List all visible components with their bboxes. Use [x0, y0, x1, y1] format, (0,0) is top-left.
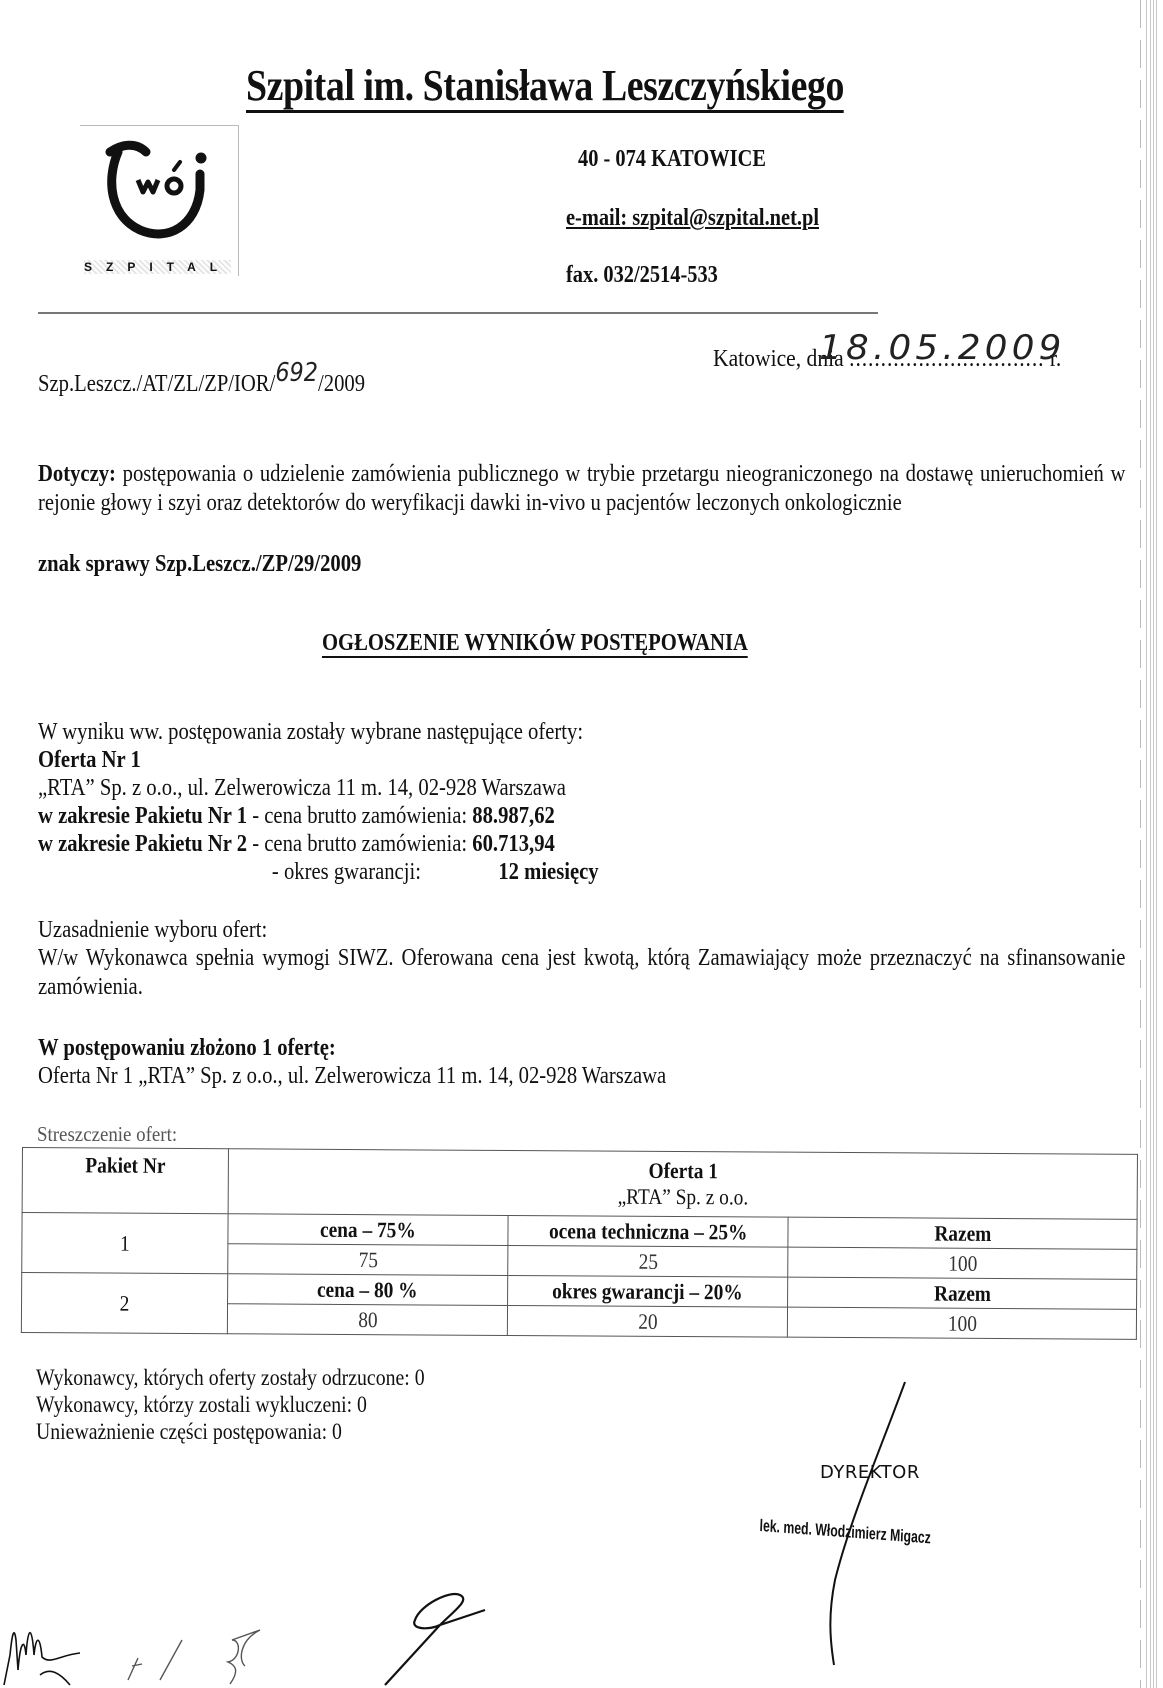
- score-cell: 75: [228, 1244, 508, 1276]
- subject-label: Dotyczy:: [38, 461, 116, 487]
- warranty-line: - okres gwarancji:12 miesięcy: [38, 858, 599, 886]
- summary-table: Pakiet Nr Oferta 1 „RTA” Sp. z o.o. 1 ce…: [21, 1147, 1138, 1340]
- package1-line: w zakresie Pakietu Nr 1 - cena brutto za…: [38, 802, 599, 830]
- twoj-logo-icon: [88, 130, 238, 250]
- package2-line: w zakresie Pakietu Nr 2 - cena brutto za…: [38, 830, 599, 858]
- hospital-title: Szpital im. Stanisława Leszczyńskiego: [246, 62, 844, 113]
- header-offer-company: „RTA” Sp. z o.o.: [617, 1184, 748, 1211]
- justification-title: Uzasadnienie wyboru ofert:: [38, 916, 267, 944]
- score-cell: 20: [507, 1305, 787, 1337]
- header-divider: [38, 312, 878, 314]
- rejected-count: Wykonawcy, których oferty zostały odrzuc…: [36, 1364, 425, 1391]
- scan-edge-line: [1150, 0, 1151, 1688]
- reference-suffix: /2009: [318, 371, 365, 397]
- package2-label: w zakresie Pakietu Nr 2: [38, 831, 247, 857]
- header-offer: Oferta 1 „RTA” Sp. z o.o.: [228, 1149, 1137, 1220]
- justification-text: W/w Wykonawca spełnia wymogi SIWZ. Ofero…: [38, 944, 1125, 1002]
- initials-signature-icon: [0, 1595, 90, 1688]
- scan-edge-line: [1146, 0, 1147, 1688]
- reference-handwritten-number: 692: [275, 358, 318, 388]
- criterion-cell: cena – 80 %: [228, 1274, 508, 1306]
- subject-paragraph: Dotyczy: postępowania o udzielenie zamów…: [38, 460, 1128, 518]
- reference-number: Szp.Leszcz./AT/ZL/ZP/IOR/692/2009: [38, 368, 365, 398]
- excluded-count: Wykonawcy, którzy zostali wykluczeni: 0: [36, 1391, 425, 1418]
- pakiet-cell: 1: [22, 1213, 228, 1274]
- submitted-text: Oferta Nr 1 „RTA” Sp. z o.o., ul. Zelwer…: [38, 1062, 666, 1090]
- postal-city: 40 - 074 KATOWICE: [578, 146, 766, 173]
- table-row: 2 cena – 80 % okres gwarancji – 20% Raze…: [22, 1273, 1137, 1310]
- reference-prefix: Szp.Leszcz./AT/ZL/ZP/IOR/: [38, 371, 275, 397]
- package1-label: w zakresie Pakietu Nr 1: [38, 803, 247, 829]
- total-label-cell: Razem: [788, 1217, 1137, 1249]
- criterion-cell: ocena techniczna – 25%: [508, 1215, 788, 1247]
- subject-text: postępowania o udzielenie zamówienia pub…: [38, 461, 1125, 516]
- pakiet-cell: 2: [21, 1273, 227, 1334]
- email-link[interactable]: e-mail: szpital@szpital.net.pl: [566, 205, 819, 232]
- results-intro: W wyniku ww. postępowania zostały wybran…: [38, 718, 599, 746]
- submitted-title: W postępowaniu złożono 1 ofertę:: [38, 1034, 336, 1062]
- offer-title: Oferta Nr 1: [38, 746, 599, 774]
- package1-price: 88.987,62: [472, 803, 555, 829]
- handwritten-date: 18.05.2009: [819, 328, 1065, 368]
- warranty-label: - okres gwarancji:: [272, 859, 421, 885]
- total-score-cell: 100: [787, 1307, 1136, 1339]
- scan-edge-line: [1140, 0, 1141, 1688]
- warranty-value: 12 miesięcy: [498, 859, 598, 885]
- offer-company: „RTA” Sp. z o.o., ul. Zelwerowicza 11 m.…: [38, 774, 599, 802]
- criterion-cell: okres gwarancji – 20%: [508, 1275, 788, 1307]
- scan-edge-line: [1156, 0, 1157, 1688]
- total-label-cell: Razem: [788, 1277, 1137, 1309]
- package1-text: - cena brutto zamówienia:: [247, 803, 472, 829]
- footer-stats: Wykonawcy, których oferty zostały odrzuc…: [36, 1364, 488, 1445]
- table-row: 1 cena – 75% ocena techniczna – 25% Raze…: [22, 1213, 1137, 1250]
- package2-text: - cena brutto zamówienia:: [247, 831, 472, 857]
- criterion-cell: cena – 75%: [228, 1214, 508, 1246]
- paraph-signature-icon: [380, 1585, 490, 1688]
- total-score-cell: 100: [788, 1247, 1137, 1279]
- header-pakiet: Pakiet Nr: [22, 1148, 228, 1214]
- annulled-count: Unieważnienie części postępowania: 0: [36, 1418, 425, 1445]
- score-cell: 80: [227, 1304, 507, 1336]
- case-number: znak sprawy Szp.Leszcz./ZP/29/2009: [38, 550, 361, 578]
- package2-price: 60.713,94: [472, 831, 555, 857]
- summary-header-row: Pakiet Nr Oferta 1 „RTA” Sp. z o.o.: [22, 1148, 1137, 1220]
- justification-paragraph: W/w Wykonawca spełnia wymogi SIWZ. Ofero…: [38, 944, 1128, 1002]
- hospital-logo: SZPITAL: [80, 125, 239, 276]
- score-cell: 25: [508, 1245, 788, 1277]
- scan-edge-line: [1153, 0, 1154, 1688]
- fax-number: fax. 032/2514-533: [566, 262, 718, 289]
- header-offer-title: Oferta 1: [648, 1158, 717, 1184]
- signature-role: DYREKTOR: [820, 1462, 920, 1483]
- paraph-signature-icon: [120, 1610, 280, 1688]
- summary-label: Streszczenie ofert:: [37, 1122, 177, 1147]
- logo-caption: SZPITAL: [84, 260, 231, 274]
- results-section: W wyniku ww. postępowania zostały wybran…: [38, 718, 690, 886]
- announcement-heading: OGŁOSZENIE WYNIKÓW POSTĘPOWANIA: [322, 630, 748, 658]
